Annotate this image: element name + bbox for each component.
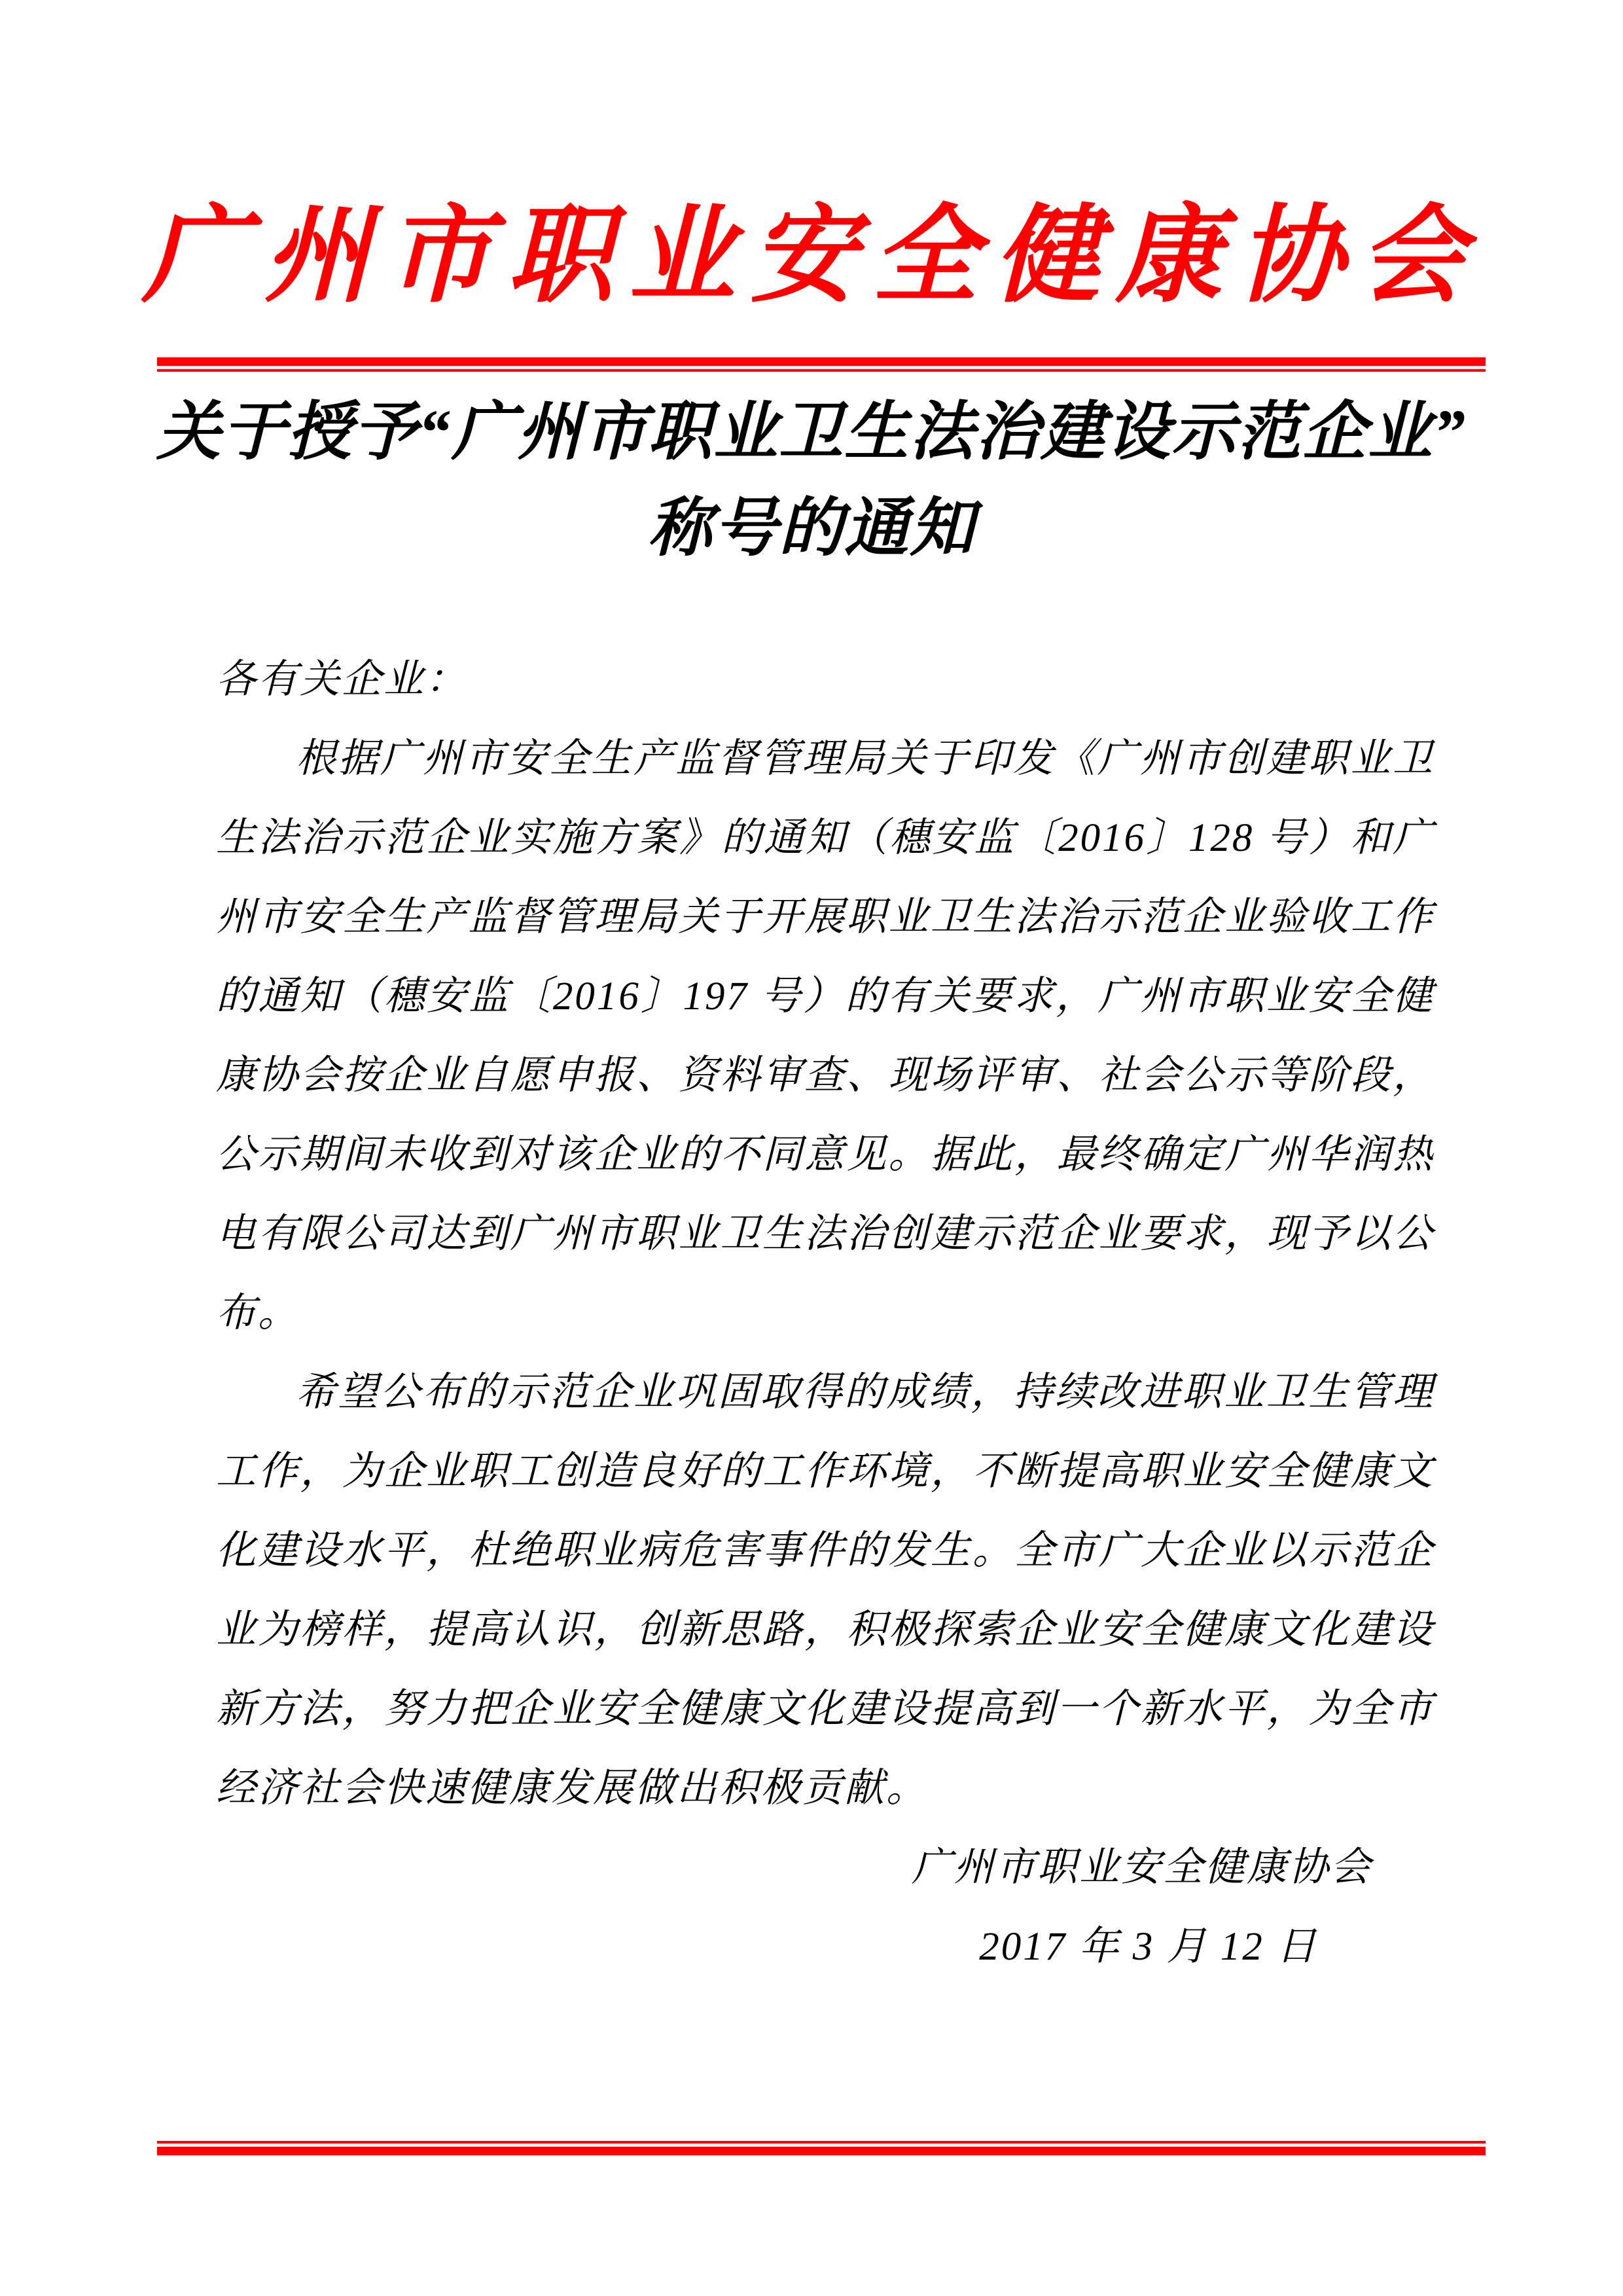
signature-org: 广州市职业安全健康协会 — [216, 1828, 1435, 1907]
salutation: 各有关企业： — [216, 640, 1435, 719]
footer-divider-thin-line — [157, 2141, 1486, 2144]
document-page: 广州市职业安全健康协会 关于授予“广州市职业卫生法治建设示范企业” 称号的通知 … — [0, 0, 1623, 2296]
footer-divider-thick-line — [157, 2147, 1486, 2155]
document-title-line1: 关于授予“广州市职业卫生法治建设示范企业” — [0, 385, 1623, 481]
masthead-divider-thin-line — [157, 369, 1486, 372]
masthead-divider — [157, 357, 1486, 372]
document-body: 各有关企业： 根据广州市安全生产监督管理局关于印发《广州市创建职业卫生法治示范企… — [216, 640, 1435, 1986]
body-paragraph-2: 希望公布的示范企业巩固取得的成绩，持续改进职业卫生管理工作，为企业职工创造良好的… — [216, 1353, 1435, 1828]
footer-divider — [157, 2141, 1486, 2155]
masthead-divider-thick-line — [157, 357, 1486, 366]
document-title: 关于授予“广州市职业卫生法治建设示范企业” 称号的通知 — [0, 385, 1623, 577]
masthead-title: 广州市职业安全健康协会 — [0, 191, 1623, 324]
signature-date: 2017 年 3 月 12 日 — [216, 1907, 1435, 1986]
body-paragraph-1: 根据广州市安全生产监督管理局关于印发《广州市创建职业卫生法治示范企业实施方案》的… — [216, 719, 1435, 1353]
document-title-line2: 称号的通知 — [0, 481, 1623, 577]
